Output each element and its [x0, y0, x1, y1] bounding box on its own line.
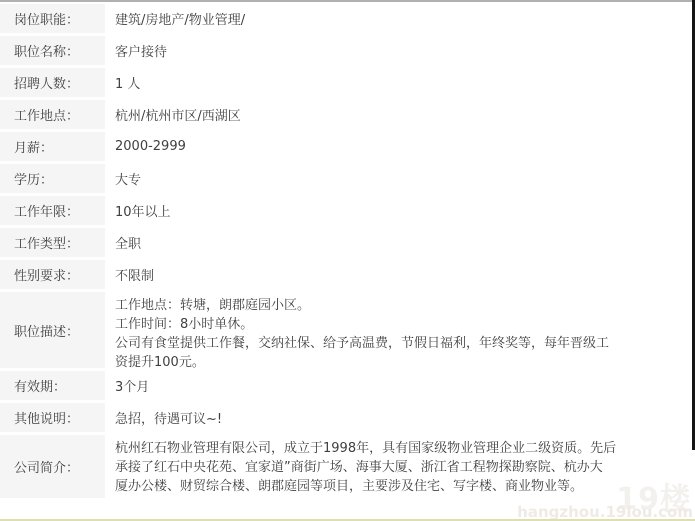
row-monthly-salary: 月薪： 2000-2999 — [0, 132, 695, 161]
row-value: 杭州红石物业管理有限公司，成立于1998年，具有国家级物业管理企业二级资质。先后… — [115, 435, 695, 498]
row-value: 建筑/房地产/物业管理/ — [115, 4, 695, 33]
row-value: 客户接待 — [115, 36, 695, 65]
row-value: 1 人 — [115, 68, 695, 97]
job-detail-page: 岗位职能： 建筑/房地产/物业管理/ 职位名称： 客户接待 招聘人数： 1 人 … — [0, 0, 695, 521]
row-label: 学历： — [0, 164, 105, 193]
row-job-type: 工作类型： 全职 — [0, 228, 695, 257]
row-value: 工作地点：转塘，朗郡庭园小区。 工作时间：8小时单休。 公司有食堂提供工作餐，交… — [115, 292, 695, 368]
row-job-description: 职位描述： 工作地点：转塘，朗郡庭园小区。 工作时间：8小时单休。 公司有食堂提… — [0, 292, 695, 368]
row-other-notes: 其他说明： 急招，待遇可议~! — [0, 403, 695, 432]
row-value: 不限制 — [115, 260, 695, 289]
row-label: 岗位职能： — [0, 4, 105, 33]
row-label: 工作年限： — [0, 196, 105, 225]
row-label: 公司简介： — [0, 435, 105, 498]
row-headcount: 招聘人数： 1 人 — [0, 68, 695, 97]
row-value: 急招，待遇可议~! — [115, 403, 695, 432]
row-experience: 工作年限： 10年以上 — [0, 196, 695, 225]
row-validity-period: 有效期： 3个月 — [0, 371, 695, 400]
row-job-title: 职位名称： 客户接待 — [0, 36, 695, 65]
row-label: 职位描述： — [0, 292, 105, 368]
job-detail-table: 岗位职能： 建筑/房地产/物业管理/ 职位名称： 客户接待 招聘人数： 1 人 … — [0, 4, 695, 498]
row-value: 2000-2999 — [115, 132, 695, 161]
row-value: 大专 — [115, 164, 695, 193]
row-value: 3个月 — [115, 371, 695, 400]
row-value: 10年以上 — [115, 196, 695, 225]
row-label: 性别要求： — [0, 260, 105, 289]
row-value: 杭州/杭州市区/西湖区 — [115, 100, 695, 129]
row-label: 工作地点： — [0, 100, 105, 129]
row-label: 月薪： — [0, 132, 105, 161]
row-company-intro: 公司简介： 杭州红石物业管理有限公司，成立于1998年，具有国家级物业管理企业二… — [0, 435, 695, 498]
row-work-location: 工作地点： 杭州/杭州市区/西湖区 — [0, 100, 695, 129]
row-value: 全职 — [115, 228, 695, 257]
row-label: 职位名称： — [0, 36, 105, 65]
row-education: 学历： 大专 — [0, 164, 695, 193]
row-label: 工作类型： — [0, 228, 105, 257]
row-label: 其他说明： — [0, 403, 105, 432]
row-job-category: 岗位职能： 建筑/房地产/物业管理/ — [0, 4, 695, 33]
row-gender-requirement: 性别要求： 不限制 — [0, 260, 695, 289]
row-label: 有效期： — [0, 371, 105, 400]
top-border-line — [0, 0, 695, 2]
row-label: 招聘人数： — [0, 68, 105, 97]
